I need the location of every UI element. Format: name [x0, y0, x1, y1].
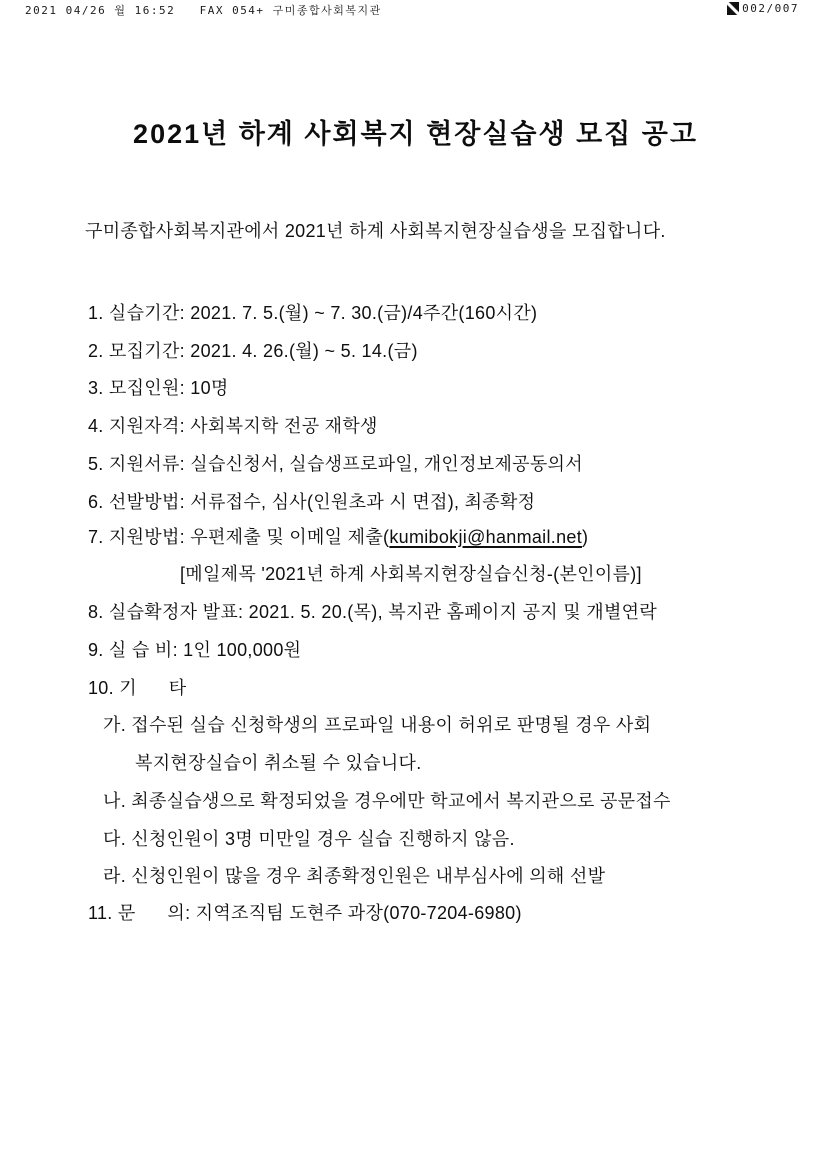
fax-page-icon: [727, 2, 739, 15]
item-11-contact: 11. 문 의: 지역조직팀 도현주 과장(070-7204-6980): [88, 899, 522, 925]
item-5-documents: 5. 지원서류: 실습신청서, 실습생프로파일, 개인정보제공동의서: [88, 450, 583, 476]
item-7-mail-subject-note: [메일제목 '2021년 하계 사회복지현장실습신청-(본인이름)]: [180, 560, 642, 586]
item-10-sub-ra: 라. 신청인원이 많을 경우 최종확정인원은 내부심사에 의해 선발: [103, 862, 605, 888]
item-6-selection-method: 6. 선발방법: 서류접수, 심사(인원초과 시 면접), 최종확정: [88, 488, 535, 514]
item-7-prefix: 7. 지원방법: 우편제출 및 이메일 제출(: [88, 527, 389, 547]
item-4-qualification: 4. 지원자격: 사회복지학 전공 재학생: [88, 412, 378, 438]
item-7-email-address: kumibokji@hanmail.net: [389, 527, 582, 547]
item-7-application-method: 7. 지원방법: 우편제출 및 이메일 제출(kumibokji@hanmail…: [88, 523, 588, 549]
fax-page-count: 002/007: [742, 2, 799, 15]
item-10-sub-da: 다. 신청인원이 3명 미만일 경우 실습 진행하지 않음.: [103, 825, 515, 851]
item-8-announcement: 8. 실습확정자 발표: 2021. 5. 20.(목), 복지관 홈페이지 공…: [88, 598, 657, 624]
item-7-suffix: ): [582, 527, 588, 547]
item-10-sub-na: 나. 최종실습생으로 확정되었을 경우에만 학교에서 복지관으로 공문접수: [103, 787, 671, 813]
item-10-etc: 10. 기 타: [88, 674, 186, 700]
item-9-training-fee: 9. 실 습 비: 1인 100,000원: [88, 636, 301, 662]
fax-header: 2021 04/26 월 16:52 FAX 054+ 구미종합사회복지관 00…: [25, 2, 799, 18]
intro-text: 구미종합사회복지관에서 2021년 하계 사회복지현장실습생을 모집합니다.: [85, 217, 666, 243]
fax-transmission-info: 2021 04/26 월 16:52 FAX 054+ 구미종합사회복지관: [25, 2, 382, 18]
item-2-recruitment-period: 2. 모집기간: 2021. 4. 26.(월) ~ 5. 14.(금): [88, 337, 418, 363]
item-10-sub-ga-line1: 가. 접수된 실습 신청학생의 프로파일 내용이 허위로 판명될 경우 사회: [103, 711, 651, 737]
fax-document-page: 2021 04/26 월 16:52 FAX 054+ 구미종합사회복지관 00…: [0, 0, 831, 1155]
document-title: 2021년 하계 사회복지 현장실습생 모집 공고: [0, 112, 831, 151]
item-10-sub-ga-line2: 복지현장실습이 취소될 수 있습니다.: [135, 749, 422, 775]
item-3-headcount: 3. 모집인원: 10명: [88, 374, 229, 400]
item-1-training-period: 1. 실습기간: 2021. 7. 5.(월) ~ 7. 30.(금)/4주간(…: [88, 299, 537, 325]
fax-page-indicator: 002/007: [727, 2, 799, 15]
